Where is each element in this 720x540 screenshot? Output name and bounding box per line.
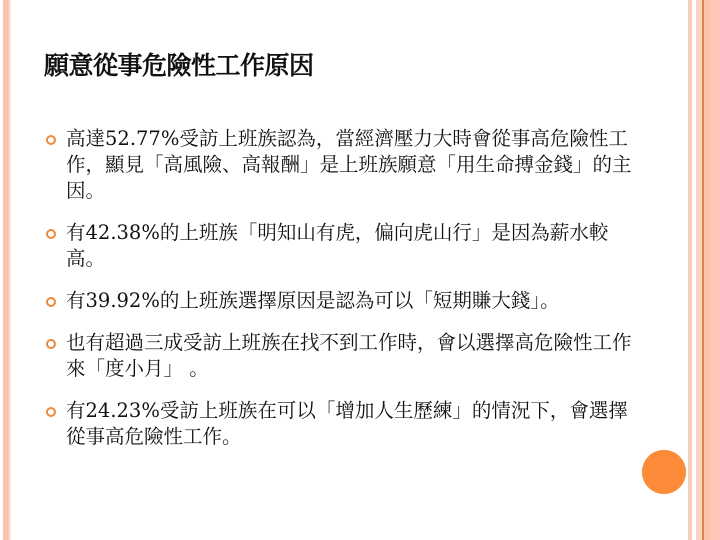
slide-title: 願意從事危險性工作原因: [44, 50, 314, 82]
bullet-text: 也有超過三成受訪上班族在找不到工作時，會以選擇高危險性工作來「度小月」 。: [66, 330, 634, 382]
hollow-circle-icon: [46, 135, 56, 145]
hollow-circle-icon: [46, 339, 56, 349]
bullet-item: 有24.23%受訪上班族在可以「增加人生歷練」的情況下，會選擇從事高危險性工作。: [44, 398, 634, 450]
bullet-item: 也有超過三成受訪上班族在找不到工作時，會以選擇高危險性工作來「度小月」 。: [44, 330, 634, 382]
hollow-circle-icon: [46, 407, 56, 417]
right-decorative-stripe-1: [688, 0, 692, 540]
bullet-list: 高達52.77%受訪上班族認為，當經濟壓力大時會從事高危險性工作，顯見「高風險、…: [44, 126, 634, 466]
bullet-item: 高達52.77%受訪上班族認為，當經濟壓力大時會從事高危險性工作，顯見「高風險、…: [44, 126, 634, 204]
bullet-text: 有42.38%的上班族「明知山有虎，偏向虎山行」是因為薪水較高。: [66, 220, 634, 272]
bullet-text: 有24.23%受訪上班族在可以「增加人生歷練」的情況下，會選擇從事高危險性工作。: [66, 398, 634, 450]
left-decorative-stripe-fade: [9, 0, 11, 540]
bullet-text: 高達52.77%受訪上班族認為，當經濟壓力大時會從事高危險性工作，顯見「高風險、…: [66, 126, 634, 204]
bullet-item: 有39.92%的上班族選擇原因是認為可以「短期賺大錢」。: [44, 288, 634, 314]
bullet-item: 有42.38%的上班族「明知山有虎，偏向虎山行」是因為薪水較高。: [44, 220, 634, 272]
right-decorative-stripe-4: [709, 0, 720, 540]
decorative-orange-circle: [642, 450, 686, 494]
bullet-text: 有39.92%的上班族選擇原因是認為可以「短期賺大錢」。: [66, 288, 634, 314]
hollow-circle-icon: [46, 229, 56, 239]
hollow-circle-icon: [46, 297, 56, 307]
